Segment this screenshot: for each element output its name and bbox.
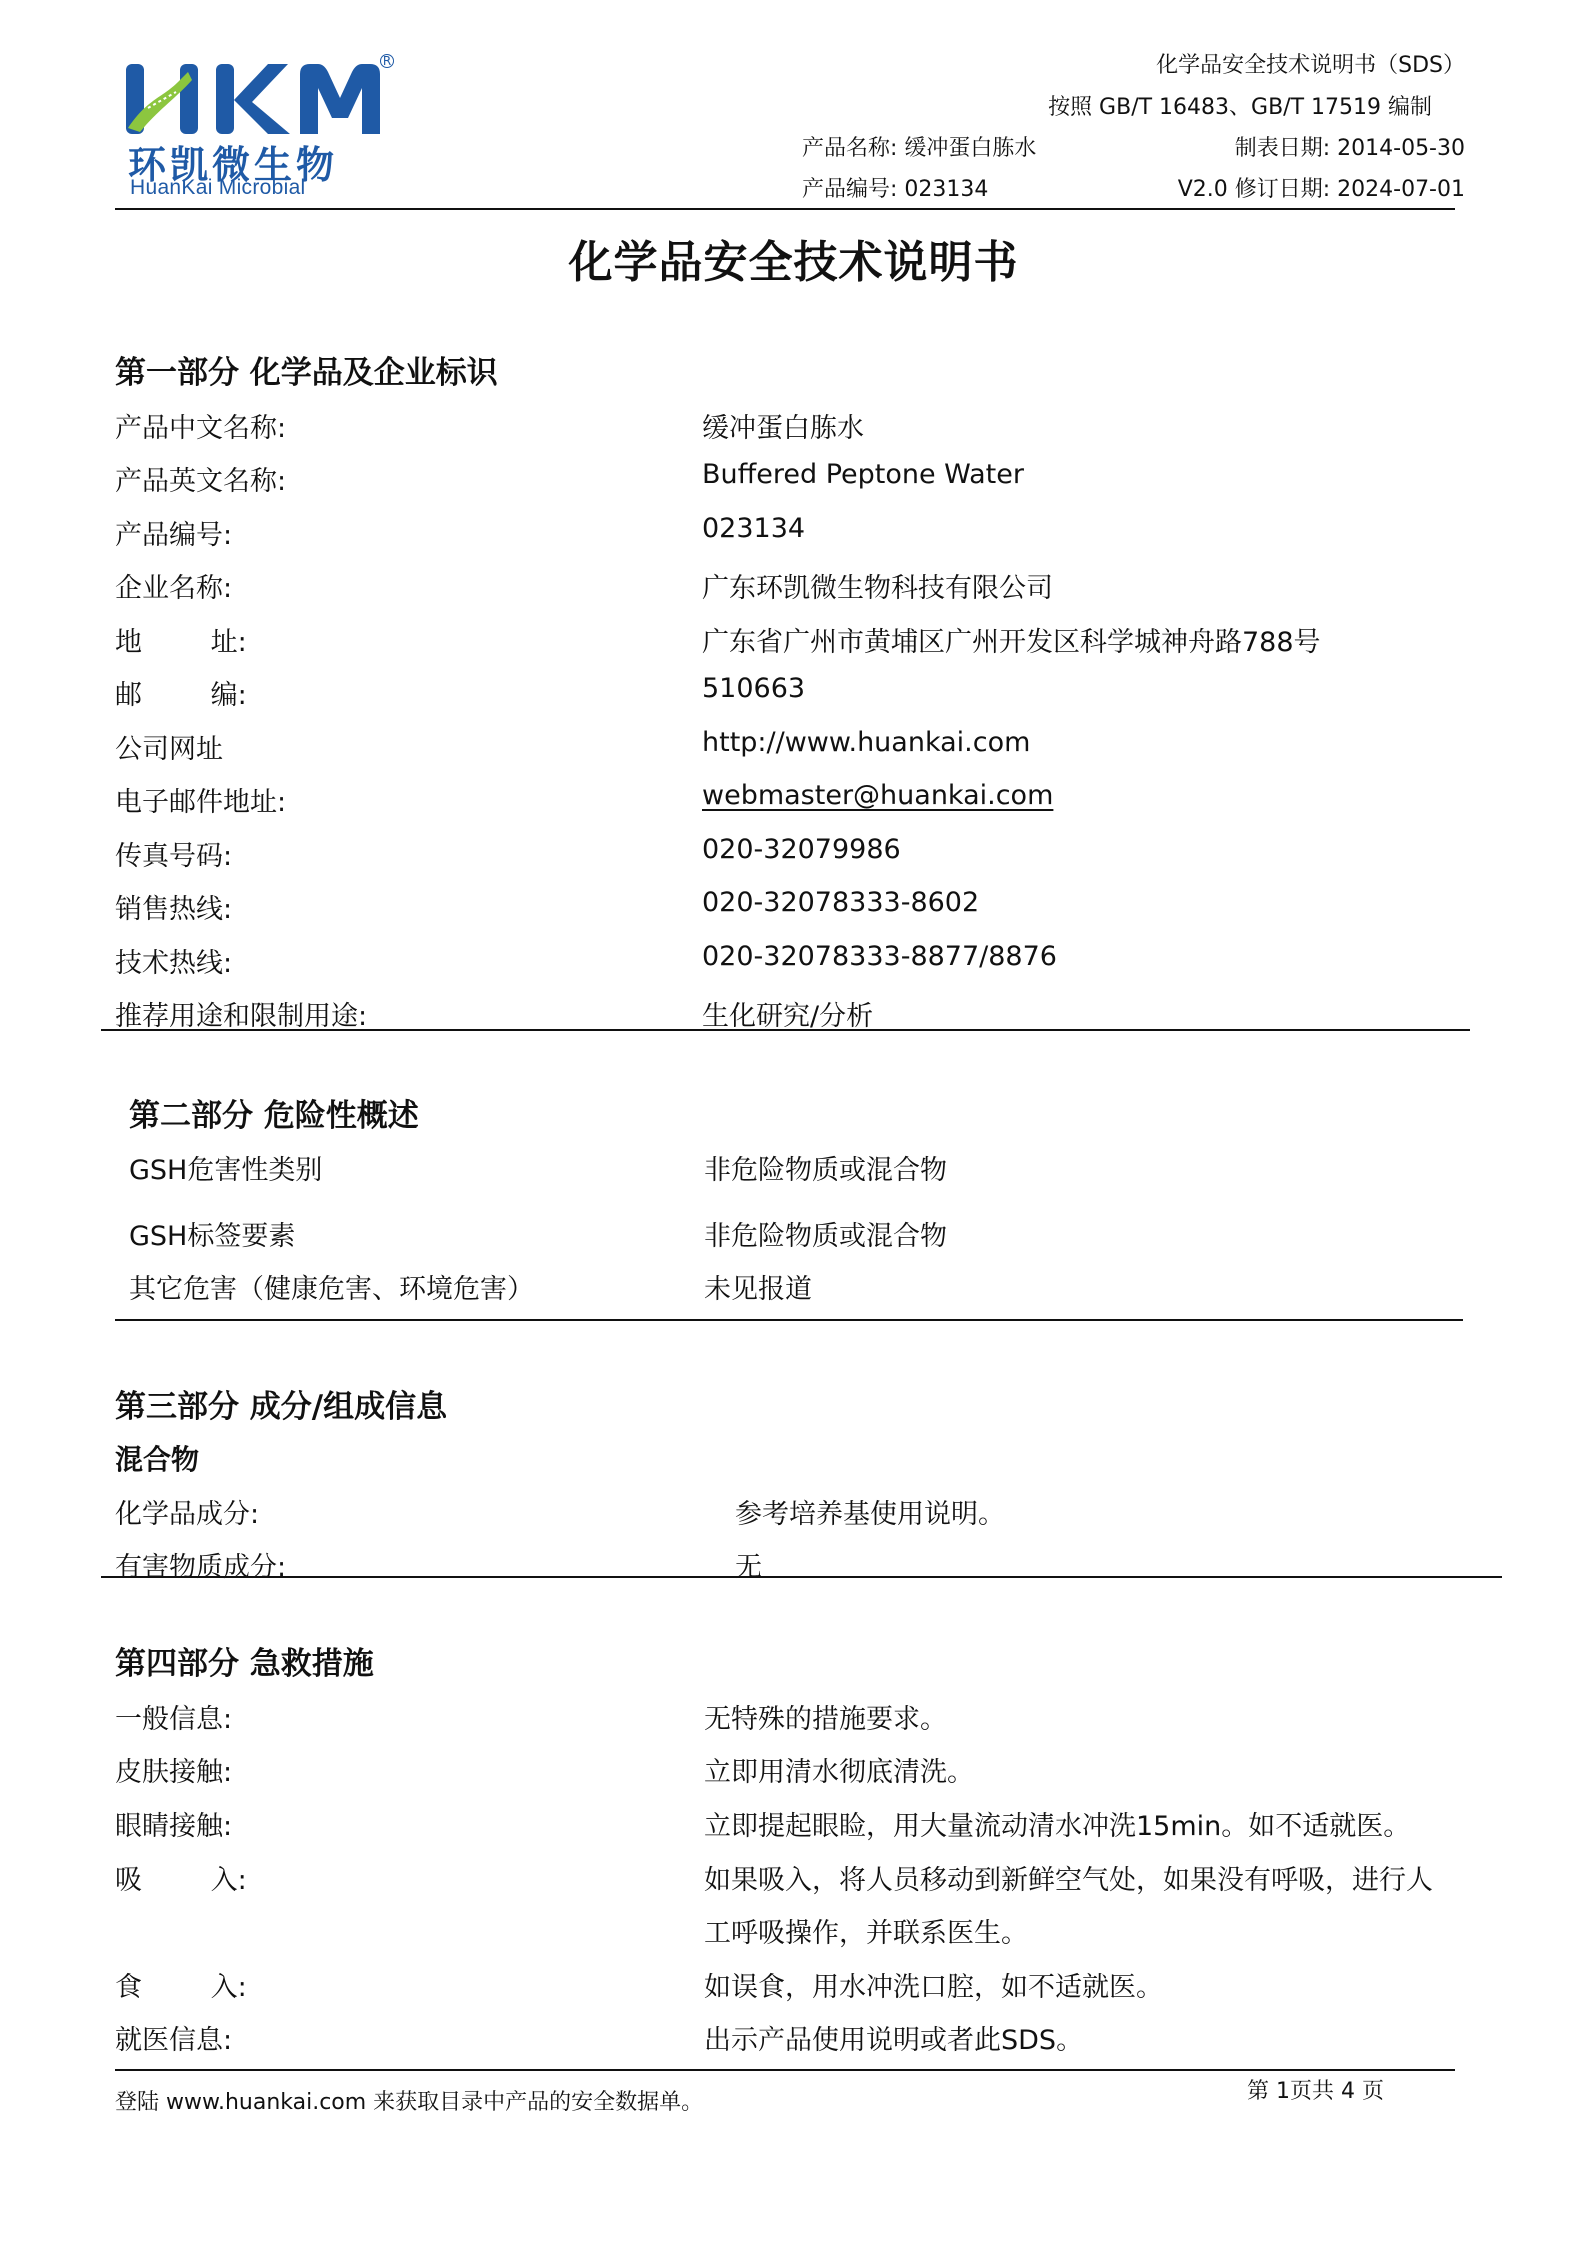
- field-value: 510663: [702, 673, 805, 704]
- field-value: 非危险物质或混合物: [704, 1214, 947, 1253]
- section-3-title: 第三部分 成分/组成信息: [115, 1381, 447, 1426]
- field-value: 020-32078333-8602: [702, 887, 979, 918]
- field-value: 缓冲蛋白胨水: [702, 406, 864, 445]
- section-2-title: 第二部分 危险性概述: [129, 1090, 419, 1135]
- header-created-value: 2014-05-30: [1337, 136, 1465, 161]
- field-label: 推荐用途和限制用途:: [115, 994, 367, 1033]
- field-label: 化学品成分:: [115, 1492, 259, 1531]
- field-value: 无特殊的措施要求。: [704, 1697, 947, 1736]
- field-value: 如果吸入，将人员移动到新鲜空气处，如果没有呼吸，进行人: [704, 1858, 1433, 1897]
- header-product-code-label: 产品编号:: [802, 177, 897, 202]
- header-product-code-value: 023134: [904, 177, 988, 202]
- company-logo: R 环凯微生物 HuanKai Microbial: [118, 58, 398, 203]
- page-number: 第 1页共 4 页: [1247, 2074, 1384, 2105]
- field-value: 如误食，用水冲洗口腔，如不适就医。: [704, 1965, 1163, 2004]
- header-product-name-label: 产品名称:: [802, 136, 897, 161]
- field-label: 眼睛接触:: [115, 1804, 232, 1843]
- field-label: 公司网址: [115, 727, 223, 766]
- footer-divider: [115, 2069, 1455, 2071]
- field-value: 立即用清水彻底清洗。: [704, 1750, 974, 1789]
- header-revision-date: V2.0 修订日期: 2024-07-01: [1178, 172, 1465, 203]
- header-revision-value: 2024-07-01: [1337, 177, 1465, 202]
- field-label: 地 址:: [115, 620, 247, 659]
- field-value: 生化研究/分析: [702, 994, 873, 1033]
- footer-note: 登陆 www.huankai.com 来获取目录中产品的安全数据单。: [115, 2085, 703, 2116]
- section-2-divider: [115, 1319, 1463, 1321]
- field-label: GSH标签要素: [129, 1214, 295, 1253]
- field-value: 广东省广州市黄埔区广州开发区科学城神舟路788号: [702, 620, 1321, 659]
- section-1-divider: [101, 1029, 1470, 1031]
- field-label: 邮 编:: [115, 673, 247, 712]
- field-value: 未见报道: [704, 1267, 812, 1306]
- field-value: 020-32079986: [702, 834, 901, 865]
- field-value: Buffered Peptone Water: [702, 459, 1024, 490]
- section-4-title: 第四部分 急救措施: [115, 1638, 374, 1683]
- header-created-date: 制表日期: 2014-05-30: [1235, 131, 1465, 162]
- header-revision-label: V2.0 修订日期:: [1178, 177, 1330, 202]
- field-label: 产品中文名称:: [115, 406, 286, 445]
- field-label: 皮肤接触:: [115, 1750, 232, 1789]
- field-label: 企业名称:: [115, 566, 232, 605]
- section-1-title: 第一部分 化学品及企业标识: [115, 347, 498, 392]
- field-label: 技术热线:: [115, 941, 232, 980]
- field-label: GSH危害性类别: [129, 1148, 322, 1187]
- logo-name-en: HuanKai Microbial: [130, 176, 306, 200]
- field-label: 电子邮件地址:: [115, 780, 286, 819]
- header-divider: [115, 208, 1455, 210]
- field-value: 广东环凯微生物科技有限公司: [702, 566, 1053, 605]
- registered-trademark-icon: R: [380, 54, 394, 68]
- section-3-subtitle: 混合物: [115, 1438, 199, 1478]
- field-label: 其它危害（健康危害、环境危害）: [129, 1267, 534, 1306]
- header-product-code: 产品编号: 023134: [802, 172, 988, 203]
- header-doc-type: 化学品安全技术说明书（SDS）: [1156, 48, 1465, 79]
- field-label: 销售热线:: [115, 887, 232, 926]
- email-link[interactable]: webmaster@huankai.com: [702, 780, 1053, 811]
- field-label: 产品编号:: [115, 513, 232, 552]
- field-value: 020-32078333-8877/8876: [702, 941, 1057, 972]
- field-value: 023134: [702, 513, 805, 544]
- hkm-logo-mark-icon: [118, 58, 388, 138]
- field-label: 吸 入:: [115, 1858, 247, 1897]
- field-value: 立即提起眼睑，用大量流动清水冲洗15min。如不适就医。: [704, 1804, 1410, 1843]
- field-label: 产品英文名称:: [115, 459, 286, 498]
- field-value: 无: [735, 1545, 762, 1584]
- field-value: 非危险物质或混合物: [704, 1148, 947, 1187]
- field-label: 就医信息:: [115, 2018, 232, 2057]
- header-standard: 按照 GB/T 16483、GB/T 17519 编制: [1048, 90, 1432, 121]
- website-link[interactable]: http://www.huankai.com: [702, 727, 1030, 758]
- field-label: 一般信息:: [115, 1697, 232, 1736]
- document-title: 化学品安全技术说明书: [0, 226, 1587, 290]
- field-label: 食 入:: [115, 1965, 247, 2004]
- header-product-name-value: 缓冲蛋白胨水: [904, 136, 1036, 161]
- header-created-label: 制表日期:: [1235, 136, 1330, 161]
- header-product-name: 产品名称: 缓冲蛋白胨水: [802, 131, 1036, 162]
- field-label: 传真号码:: [115, 834, 232, 873]
- field-value-continued: 工呼吸操作，并联系医生。: [704, 1911, 1028, 1950]
- field-value: 参考培养基使用说明。: [735, 1492, 1005, 1531]
- field-label: 有害物质成分:: [115, 1545, 286, 1584]
- section-3-divider: [101, 1576, 1502, 1578]
- field-value: 出示产品使用说明或者此SDS。: [704, 2018, 1083, 2057]
